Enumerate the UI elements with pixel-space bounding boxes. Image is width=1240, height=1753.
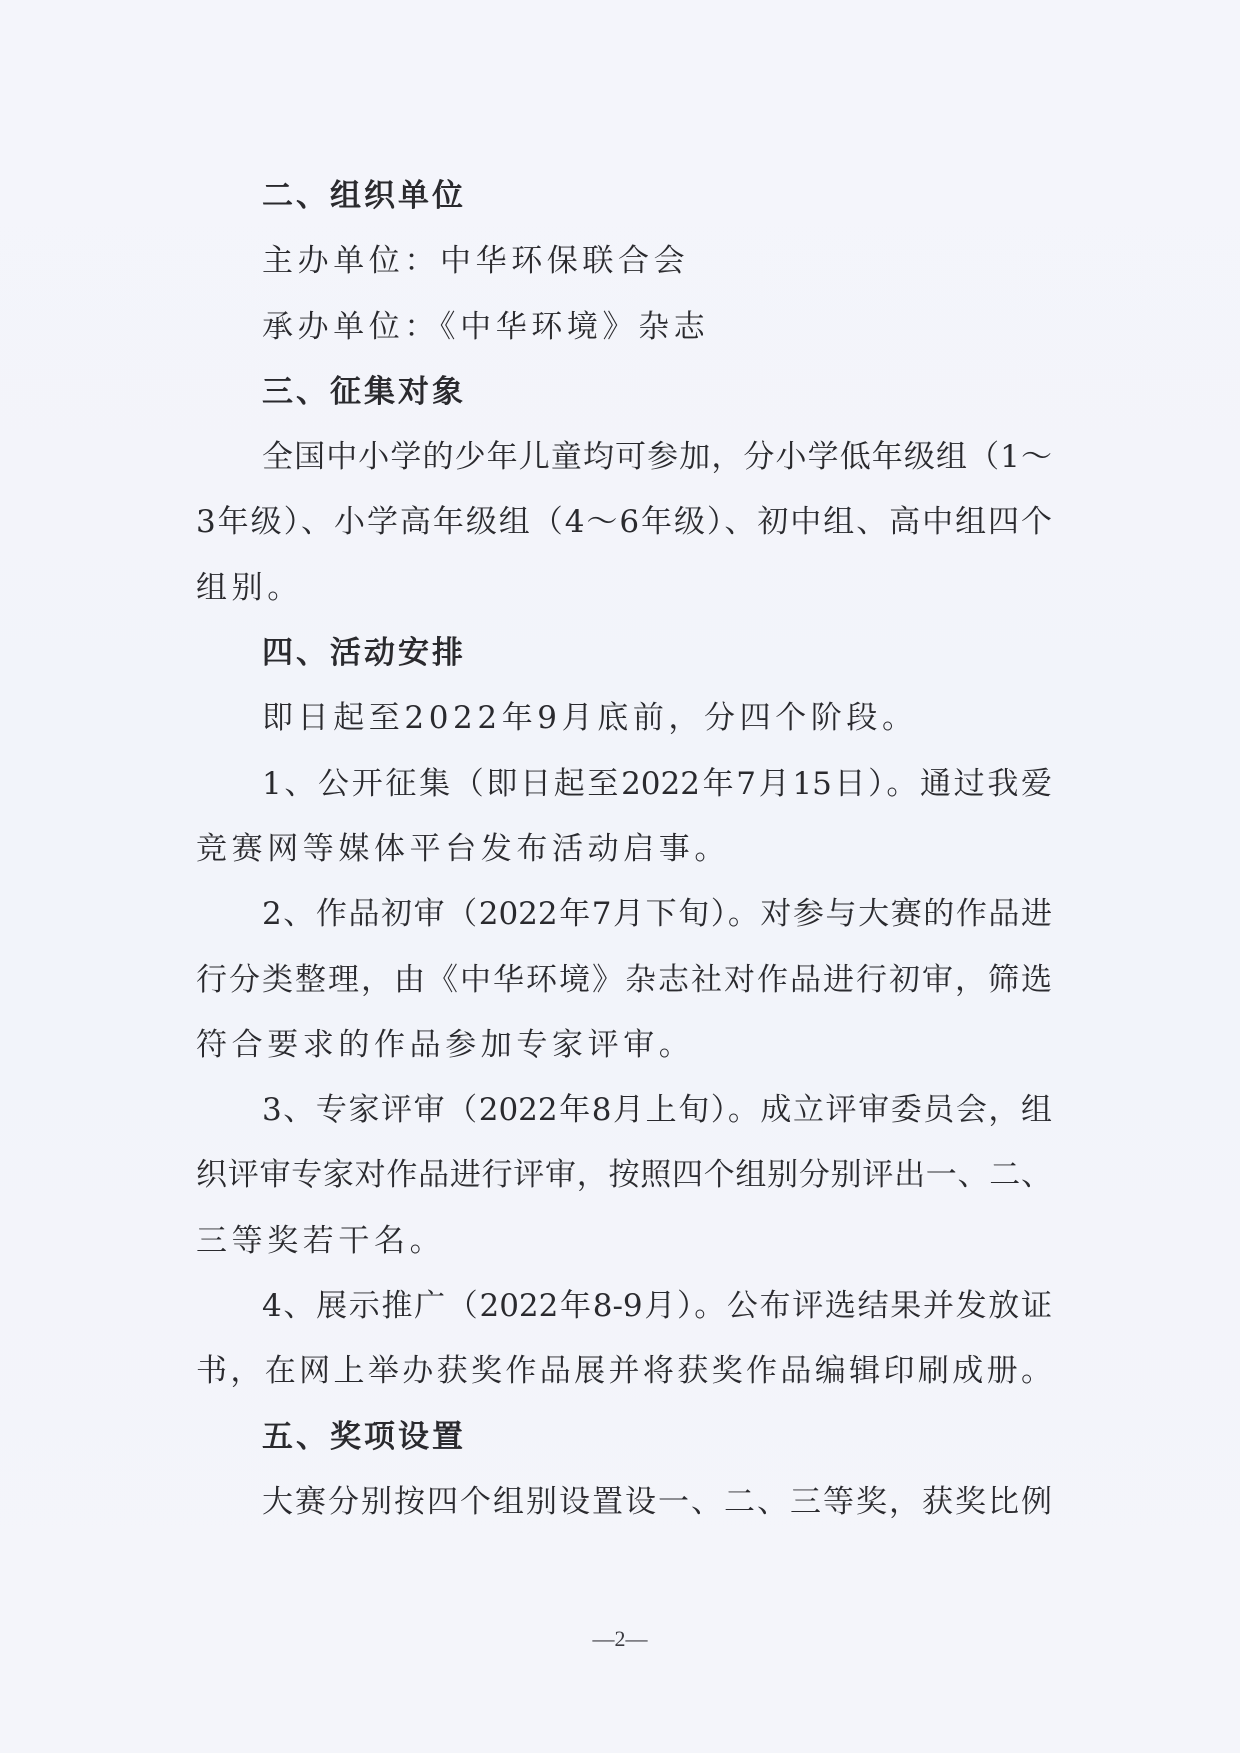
paragraph-line: 织评审专家对作品进行评审，按照四个组别分别评出一、二、 bbox=[196, 1143, 1052, 1208]
host-organization: 主办单位：中华环保联合会 bbox=[196, 229, 1052, 294]
section-heading-participants: 三、征集对象 bbox=[196, 360, 1052, 425]
paragraph-line: 3、专家评审（2022年8月上旬）。成立评审委员会，组 bbox=[196, 1078, 1052, 1143]
organizing-organization: 承办单位：《中华环境》杂志 bbox=[196, 295, 1052, 360]
paragraph-line: 符合要求的作品参加专家评审。 bbox=[196, 1013, 1052, 1078]
page-number: —2— bbox=[0, 1626, 1240, 1652]
paragraph-line: 竞赛网等媒体平台发布活动启事。 bbox=[196, 817, 1052, 882]
document-page: 二、组织单位 主办单位：中华环保联合会 承办单位：《中华环境》杂志 三、征集对象… bbox=[0, 0, 1240, 1753]
paragraph-line: 3年级）、小学高年级组（4～6年级）、初中组、高中组四个 bbox=[196, 490, 1052, 555]
document-body: 二、组织单位 主办单位：中华环保联合会 承办单位：《中华环境》杂志 三、征集对象… bbox=[196, 164, 1052, 1535]
paragraph-line: 书，在网上举办获奖作品展并将获奖作品编辑印刷成册。 bbox=[196, 1339, 1052, 1404]
paragraph-line: 行分类整理，由《中华环境》杂志社对作品进行初审，筛选 bbox=[196, 948, 1052, 1013]
section-heading-organizers: 二、组织单位 bbox=[196, 164, 1052, 229]
paragraph-line: 全国中小学的少年儿童均可参加，分小学低年级组（1～ bbox=[196, 425, 1052, 490]
section-heading-awards: 五、奖项设置 bbox=[196, 1405, 1052, 1470]
paragraph-line: 1、公开征集（即日起至2022年7月15日）。通过我爱 bbox=[196, 752, 1052, 817]
paragraph-line: 三等奖若干名。 bbox=[196, 1209, 1052, 1274]
paragraph-line: 2、作品初审（2022年7月下旬）。对参与大赛的作品进 bbox=[196, 882, 1052, 947]
paragraph-line: 4、展示推广（2022年8-9月）。公布评选结果并发放证 bbox=[196, 1274, 1052, 1339]
paragraph-line: 组别。 bbox=[196, 556, 1052, 621]
paragraph-line: 即日起至2022年9月底前，分四个阶段。 bbox=[196, 686, 1052, 751]
section-heading-schedule: 四、活动安排 bbox=[196, 621, 1052, 686]
paragraph-line: 大赛分别按四个组别设置设一、二、三等奖，获奖比例 bbox=[196, 1470, 1052, 1535]
